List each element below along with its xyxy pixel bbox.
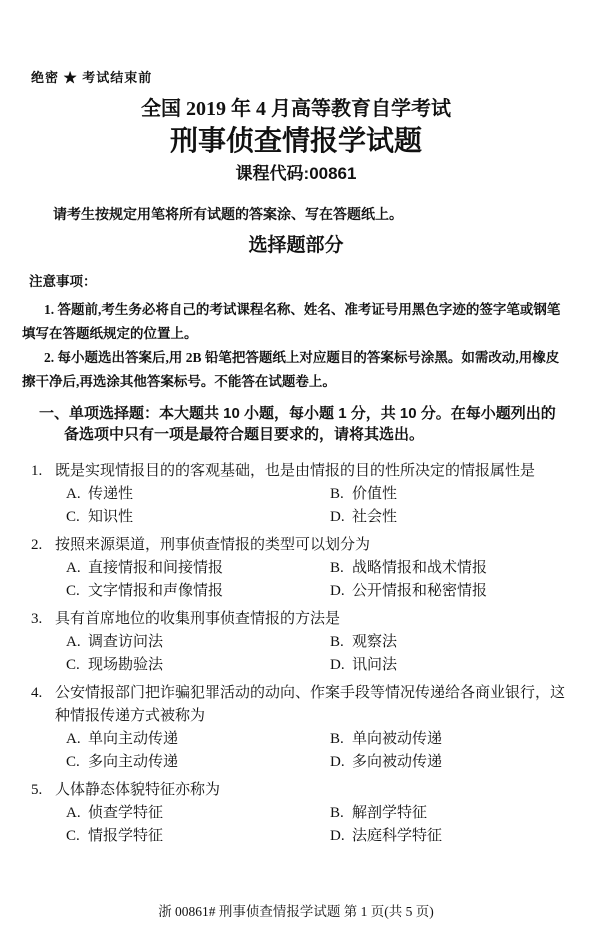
question-3-options: A.调查访问法 B.观察法 C.现场勘验法 D.讯问法	[31, 631, 566, 677]
option-text: 讯问法	[352, 657, 397, 673]
option-c: C.多向主动传递	[66, 751, 330, 774]
note-item-1: 1. 答题前,考生务必将自己的考试课程名称、姓名、准考证号用黑色字迹的签字笔或钢…	[22, 298, 568, 346]
question-3: 3.具有首席地位的收集刑事侦查情报的方法是 A.调查访问法 B.观察法 C.现场…	[31, 608, 566, 677]
option-label: C.	[66, 580, 88, 603]
question-stem-text: 公安情报部门把诈骗犯罪活动的动向、作案手段等情况传递给各商业银行，这种情报传递方…	[55, 685, 565, 724]
option-c: C.现场勘验法	[66, 654, 330, 677]
option-text: 情报学特征	[88, 828, 163, 844]
option-text: 传递性	[88, 486, 133, 502]
question-2-options: A.直接情报和间接情报 B.战略情报和战术情报 C.文字情报和声像情报 D.公开…	[31, 557, 566, 603]
option-label: C.	[66, 506, 88, 529]
option-label: B.	[330, 802, 352, 825]
option-text: 社会性	[352, 509, 397, 525]
question-3-stem: 3.具有首席地位的收集刑事侦查情报的方法是	[31, 608, 566, 631]
part-one-heading: 一、单项选择题：本大题共 10 小题，每小题 1 分，共 10 分。在每小题列出…	[39, 403, 566, 445]
option-d: D.公开情报和秘密情报	[330, 580, 566, 603]
option-label: A.	[66, 802, 88, 825]
option-label: C.	[66, 825, 88, 848]
option-label: B.	[330, 631, 352, 654]
question-number: 4.	[31, 682, 55, 705]
question-1-options: A.传递性 B.价值性 C.知识性 D.社会性	[31, 483, 566, 529]
option-a: A.侦查学特征	[66, 802, 330, 825]
question-stem-text: 既是实现情报目的的客观基础，也是由情报的目的性所决定的情报属性是	[55, 463, 535, 479]
question-5: 5.人体静态体貌特征亦称为 A.侦查学特征 B.解剖学特征 C.情报学特征 D.…	[31, 779, 566, 848]
option-label: B.	[330, 557, 352, 580]
question-4: 4.公安情报部门把诈骗犯罪活动的动向、作案手段等情况传递给各商业银行，这种情报传…	[31, 682, 566, 774]
option-d: D.讯问法	[330, 654, 566, 677]
option-text: 单向主动传递	[88, 731, 178, 747]
option-a: A.直接情报和间接情报	[66, 557, 330, 580]
option-text: 知识性	[88, 509, 133, 525]
option-text: 调查访问法	[88, 634, 163, 650]
question-4-stem: 4.公安情报部门把诈骗犯罪活动的动向、作案手段等情况传递给各商业银行，这种情报传…	[31, 682, 566, 728]
option-text: 现场勘验法	[88, 657, 163, 673]
option-c: C.情报学特征	[66, 825, 330, 848]
option-text: 战略情报和战术情报	[352, 560, 487, 576]
question-stem-text: 具有首席地位的收集刑事侦查情报的方法是	[55, 611, 340, 627]
exam-paper-page: 绝密 ★ 考试结束前 全国 2019 年 4 月高等教育自学考试 刑事侦查情报学…	[0, 0, 592, 938]
question-4-options: A.单向主动传递 B.单向被动传递 C.多向主动传递 D.多向被动传递	[31, 728, 566, 774]
option-a: A.单向主动传递	[66, 728, 330, 751]
option-d: D.社会性	[330, 506, 566, 529]
option-b: B.观察法	[330, 631, 566, 654]
question-number: 3.	[31, 608, 55, 631]
question-number: 5.	[31, 779, 55, 802]
course-code: 课程代码:00861	[0, 163, 592, 185]
option-label: D.	[330, 580, 352, 603]
paper-title: 刑事侦查情报学试题	[0, 124, 592, 158]
question-5-stem: 5.人体静态体貌特征亦称为	[31, 779, 566, 802]
option-text: 观察法	[352, 634, 397, 650]
option-text: 法庭科学特征	[352, 828, 442, 844]
option-c: C.知识性	[66, 506, 330, 529]
option-label: B.	[330, 728, 352, 751]
option-label: A.	[66, 728, 88, 751]
option-label: D.	[330, 654, 352, 677]
option-label: D.	[330, 506, 352, 529]
exam-session-title: 全国 2019 年 4 月高等教育自学考试	[0, 96, 592, 122]
option-b: B.解剖学特征	[330, 802, 566, 825]
question-1-stem: 1.既是实现情报目的的客观基础，也是由情报的目的性所决定的情报属性是	[31, 460, 566, 483]
question-stem-text: 按照来源渠道，刑事侦查情报的类型可以划分为	[55, 537, 370, 553]
section-title: 选择题部分	[0, 234, 592, 258]
question-number: 2.	[31, 534, 55, 557]
question-1: 1.既是实现情报目的的客观基础，也是由情报的目的性所决定的情报属性是 A.传递性…	[31, 460, 566, 529]
answer-instruction: 请考生按规定用笔将所有试题的答案涂、写在答题纸上。	[53, 205, 562, 223]
question-number: 1.	[31, 460, 55, 483]
option-text: 直接情报和间接情报	[88, 560, 223, 576]
question-list: 1.既是实现情报目的的客观基础，也是由情报的目的性所决定的情报属性是 A.传递性…	[31, 460, 566, 848]
note-item-2: 2. 每小题选出答案后,用 2B 铅笔把答题纸上对应题目的答案标号涂黑。如需改动…	[22, 346, 568, 394]
option-text: 价值性	[352, 486, 397, 502]
option-a: A.传递性	[66, 483, 330, 506]
option-b: B.战略情报和战术情报	[330, 557, 566, 580]
option-label: D.	[330, 825, 352, 848]
option-text: 侦查学特征	[88, 805, 163, 821]
option-label: A.	[66, 631, 88, 654]
question-2-stem: 2.按照来源渠道，刑事侦查情报的类型可以划分为	[31, 534, 566, 557]
option-c: C.文字情报和声像情报	[66, 580, 330, 603]
option-label: D.	[330, 751, 352, 774]
option-text: 解剖学特征	[352, 805, 427, 821]
option-a: A.调查访问法	[66, 631, 330, 654]
option-text: 文字情报和声像情报	[88, 583, 223, 599]
option-label: B.	[330, 483, 352, 506]
question-stem-text: 人体静态体貌特征亦称为	[55, 782, 220, 798]
security-classification: 绝密 ★ 考试结束前	[31, 70, 592, 86]
option-d: D.多向被动传递	[330, 751, 566, 774]
page-footer: 浙 00861# 刑事侦查情报学试题 第 1 页(共 5 页)	[0, 903, 592, 921]
option-text: 公开情报和秘密情报	[352, 583, 487, 599]
question-5-options: A.侦查学特征 B.解剖学特征 C.情报学特征 D.法庭科学特征	[31, 802, 566, 848]
option-text: 多向被动传递	[352, 754, 442, 770]
option-label: C.	[66, 654, 88, 677]
option-label: A.	[66, 483, 88, 506]
option-d: D.法庭科学特征	[330, 825, 566, 848]
part-number: 一、	[39, 405, 69, 422]
option-text: 多向主动传递	[88, 754, 178, 770]
notes-heading: 注意事项：	[29, 273, 592, 290]
option-b: B.价值性	[330, 483, 566, 506]
option-b: B.单向被动传递	[330, 728, 566, 751]
option-text: 单向被动传递	[352, 731, 442, 747]
part-heading-text: 单项选择题：本大题共 10 小题，每小题 1 分，共 10 分。在每小题列出的备…	[64, 405, 556, 443]
question-2: 2.按照来源渠道，刑事侦查情报的类型可以划分为 A.直接情报和间接情报 B.战略…	[31, 534, 566, 603]
option-label: A.	[66, 557, 88, 580]
option-label: C.	[66, 751, 88, 774]
